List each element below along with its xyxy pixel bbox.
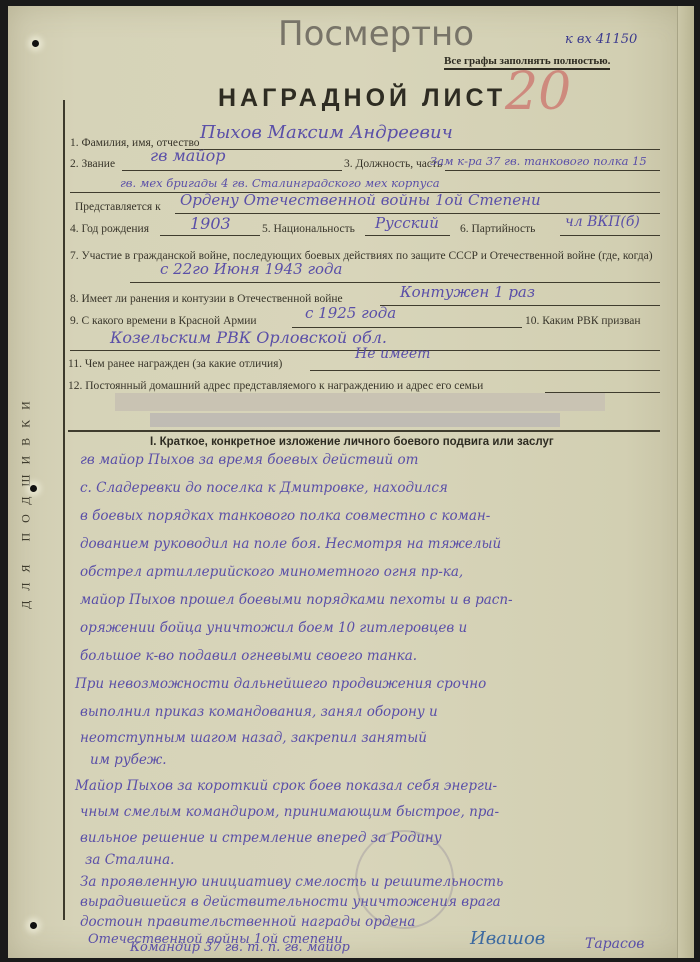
narrative-line: оряжении бойца уничтожил боем 10 гитлеро…: [80, 620, 467, 636]
binding-margin-line: [63, 100, 65, 920]
faded-seal: [355, 830, 454, 929]
narrative-line: за Сталина.: [85, 852, 174, 868]
field-line: [380, 305, 660, 306]
field-value-war-participation: с 22го Июня 1943 года: [160, 260, 343, 278]
narrative-line: чным смелым командиром, принимающим быст…: [80, 804, 499, 820]
narrative-line: в боевых порядках танкового полка совмес…: [80, 508, 490, 524]
folded-edge: [677, 6, 694, 958]
binding-side-text: ДЛЯ ПОДШИВКИ: [19, 391, 34, 609]
field-label-draft-office: 10. Каким РВК призван: [525, 315, 641, 327]
signatory-name: Тарасов: [585, 936, 644, 952]
signature-scribble: Ивашов: [470, 928, 545, 949]
field-label-war-participation: 7. Участие в гражданской войне, последую…: [70, 245, 660, 267]
field-value-position: Зам к-ра 37 гв. танкового полка 15 гв. м…: [120, 150, 660, 194]
field-label-nationality: 5. Национальность: [262, 223, 355, 235]
field-label-rank: 2. Звание: [70, 158, 115, 170]
field-label-wounds: 8. Имеет ли ранения и контузии в Отечест…: [70, 293, 343, 305]
inventory-note: к вх 41150: [565, 32, 637, 47]
field-line: [310, 370, 660, 371]
punch-hole: [30, 922, 37, 929]
field-value-birth-year: 1903: [190, 214, 231, 233]
narrative-line: неотступным шагом назад, закрепил заняты…: [80, 730, 427, 746]
narrative-line: При невозможности дальнейшего продвижени…: [75, 676, 486, 692]
field-value-draft-office: Козельским РВК Орловской обл.: [110, 328, 387, 347]
field-value-presented: Ордену Отечественной войны 1ой Степени: [180, 191, 541, 209]
narrative-line: достоин правительственной награды ордена: [80, 914, 415, 930]
document-title: НАГРАДНОЙ ЛИСТ: [218, 84, 506, 113]
field-line: [365, 235, 450, 236]
narrative-line: с. Сладеревки до поселка к Дмитровке, на…: [80, 480, 448, 496]
section-divider: [68, 430, 660, 432]
field-label-presented: Представляется к: [75, 201, 161, 213]
field-label-previous-awards: 11. Чем ранее награжден (за какие отличи…: [68, 358, 282, 370]
signatory-title: Командир 37 гв. т. п. гв. майор: [130, 940, 350, 955]
field-value-party: чл ВКП(б): [565, 214, 640, 230]
field-line: [560, 235, 660, 236]
narrative-line: майор Пыхов прошел боевыми порядками пех…: [80, 592, 513, 608]
field-line: [160, 235, 260, 236]
narrative-line: им рубеж.: [90, 752, 167, 768]
narrative-line: Майор Пыхов за короткий срок боев показа…: [75, 778, 497, 794]
section-heading: I. Краткое, конкретное изложение личного…: [150, 436, 554, 448]
field-value-wounds: Контужен 1 раз: [400, 283, 535, 301]
field-label-address: 12. Постоянный домашний адрес представля…: [68, 380, 483, 392]
narrative-line: обстрел артиллерийского минометного огня…: [80, 564, 463, 580]
field-label-birth-year: 4. Год рождения: [70, 223, 149, 235]
field-label-army-since: 9. С какого времени в Красной Армии: [70, 315, 257, 327]
punch-hole: [30, 485, 37, 492]
field-label-party: 6. Партийность: [460, 223, 535, 235]
narrative-line: дованием руководил на поле боя. Несмотря…: [80, 536, 501, 552]
punch-hole: [32, 40, 39, 47]
field-line: [130, 282, 660, 283]
redacted-address-line-2: [150, 413, 560, 427]
narrative-line: выполнил приказ командования, занял обор…: [80, 704, 438, 720]
field-line: [445, 170, 660, 171]
red-pencil-mark: 20: [505, 62, 571, 122]
posthumous-mark: Посмертно: [278, 14, 474, 54]
narrative-line: гв майор Пыхов за время боевых действий …: [80, 452, 418, 468]
field-value-name: Пыхов Максим Андреевич: [200, 122, 453, 143]
redacted-address-line-1: [115, 393, 605, 411]
field-value-previous-awards: Не имеет: [355, 346, 430, 362]
field-value-army-since: с 1925 года: [305, 304, 396, 322]
narrative-line: большое к-во подавил огневыми своего тан…: [80, 648, 417, 664]
field-value-nationality: Русский: [375, 214, 439, 232]
